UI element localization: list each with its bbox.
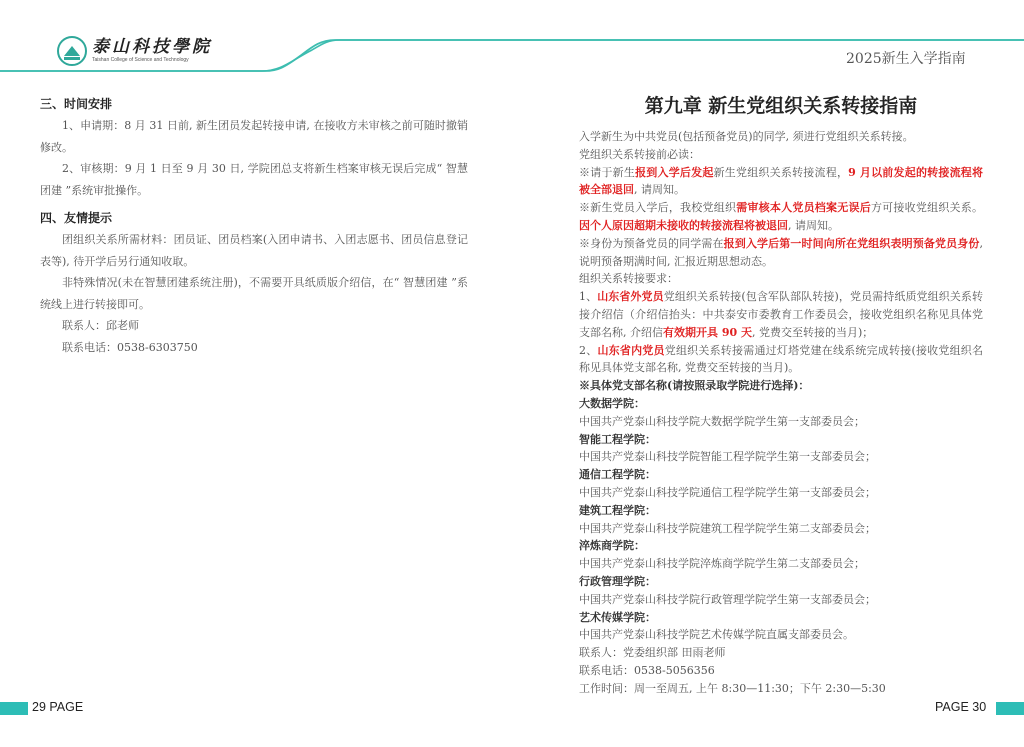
body-text: , 请周知。 — [788, 219, 839, 232]
paragraph-special-cases: 非特殊情况(未在智慧团建系统注册)，不需要开具纸质版介绍信，在“ 智慧团建 ”系… — [40, 272, 468, 315]
paragraph-review-period: 2、审核期：9 月 1 日至 9 月 30 日, 学院团总支将新生档案审核无误后… — [40, 158, 468, 201]
intro-paragraph: 入学新生为中共党员(包括预备党员)的同学, 须进行党组织关系转接。 — [579, 128, 983, 146]
college-emblem-icon — [57, 36, 87, 66]
footer-accent-bar-right — [996, 702, 1024, 715]
body-text: ※新生党员入学后，我校党组织 — [579, 201, 736, 214]
highlighted-text: 山东省外党员 — [597, 290, 664, 303]
left-page-content: 三、时间安排 1、申请期：8 月 31 日前, 新生团员发起转接申请, 在接收方… — [40, 93, 468, 358]
highlighted-text: 报到入学后发起 — [635, 166, 714, 179]
footer-accent-bar-left — [0, 702, 28, 715]
chapter-title: 第九章 新生党组织关系转接指南 — [579, 92, 983, 120]
section-title-tips: 四、友情提示 — [40, 207, 468, 229]
branch-name: 中国共产党泰山科技学院大数据学院学生第一支部委员会； — [579, 413, 983, 431]
page-header: 泰山科技學院 Taishan College of Science and Te… — [0, 0, 1024, 90]
branch-name: 中国共产党泰山科技学院艺术传媒学院直属支部委员会。 — [579, 626, 983, 644]
college-name: 大数据学院： — [579, 395, 983, 413]
right-page-content: 第九章 新生党组织关系转接指南 入学新生为中共党员(包括预备党员)的同学, 须进… — [579, 92, 983, 698]
note-paragraph: ※身份为预备党员的同学需在报到入学后第一时间向所在党组织表明预备党员身份, 说明… — [579, 235, 983, 271]
branch-heading: ※具体党支部名称(请按照录取学院进行选择)： — [579, 377, 983, 395]
highlighted-text: 需审核本人党员档案无误后 — [736, 201, 871, 214]
college-logo: 泰山科技學院 Taishan College of Science and Te… — [57, 36, 212, 66]
paragraph-materials: 团组织关系所需材料：团员证、团员档案(入团申请书、入团志愿书、团员信息登记表等)… — [40, 229, 468, 272]
body-text: 1、 — [579, 290, 597, 303]
branch-name: 中国共产党泰山科技学院淬炼商学院学生第二支部委员会； — [579, 555, 983, 573]
highlighted-text: 因个人原因超期未接收的转接流程将被退回 — [579, 219, 788, 232]
paragraph-application-period: 1、申请期：8 月 31 日前, 新生团员发起转接申请, 在接收方未审核之前可随… — [40, 115, 468, 158]
body-text: ※身份为预备党员的同学需在 — [579, 237, 724, 250]
contact-phone: 联系电话：0538-6303750 — [40, 337, 468, 359]
page-number-right: PAGE 30 — [935, 700, 986, 714]
highlighted-text: 报到入学后第一时间向所在党组织表明预备党员身份 — [724, 237, 980, 250]
branch-name: 中国共产党泰山科技学院行政管理学院学生第一支部委员会； — [579, 591, 983, 609]
body-text: , 请周知。 — [634, 183, 685, 196]
highlighted-text: 山东省内党员 — [597, 344, 664, 357]
requirements-heading: 组织关系转接要求： — [579, 270, 983, 288]
page-number-left: 29 PAGE — [32, 700, 83, 714]
requirement-paragraph: 2、山东省内党员党组织关系转接需通过灯塔党建在线系统完成转接(接收党组织名称见具… — [579, 342, 983, 378]
contact-person: 联系人：邱老师 — [40, 315, 468, 337]
note-paragraph: ※新生党员入学后，我校党组织需审核本人党员档案无误后方可接收党组织关系。因个人原… — [579, 199, 983, 235]
body-text: 新生党组织关系转接流程， — [714, 166, 849, 179]
branch-name: 中国共产党泰山科技学院建筑工程学院学生第二支部委员会； — [579, 520, 983, 538]
college-name: 艺术传媒学院： — [579, 609, 983, 627]
party-contact-phone: 联系电话：0538-5056356 — [579, 662, 983, 680]
body-text: , 党费交至转接的当月)； — [752, 326, 873, 339]
body-text: ※请于新生 — [579, 166, 635, 179]
body-text: 方可接收党组织关系。 — [871, 201, 983, 214]
party-contact-person: 联系人：党委组织部 田雨老师 — [579, 644, 983, 662]
college-name: 通信工程学院： — [579, 466, 983, 484]
guide-title: 2025新生入学指南 — [846, 48, 966, 68]
logo-chinese-name: 泰山科技學院 — [92, 38, 212, 57]
must-read-heading: 党组织关系转接前必读： — [579, 146, 983, 164]
body-text: 2、 — [579, 344, 597, 357]
logo-english-name: Taishan College of Science and Technolog… — [92, 57, 212, 64]
branch-list: 大数据学院： 中国共产党泰山科技学院大数据学院学生第一支部委员会； 智能工程学院… — [579, 395, 983, 644]
college-name: 建筑工程学院： — [579, 502, 983, 520]
college-name: 淬炼商学院： — [579, 537, 983, 555]
highlighted-text: 有效期开具 90 天 — [663, 326, 752, 339]
note-paragraph: ※请于新生报到入学后发起新生党组织关系转接流程，9 月以前发起的转接流程将被全部… — [579, 164, 983, 200]
branch-name: 中国共产党泰山科技学院通信工程学院学生第一支部委员会； — [579, 484, 983, 502]
section-title-schedule: 三、时间安排 — [40, 93, 468, 115]
work-hours: 工作时间：周一至周五, 上午 8:30—11:30；下午 2:30—5:30 — [579, 680, 983, 698]
requirement-paragraph: 1、山东省外党员党组织关系转接(包含军队部队转接)，党员需持纸质党组织关系转接介… — [579, 288, 983, 341]
college-name: 智能工程学院： — [579, 431, 983, 449]
branch-name: 中国共产党泰山科技学院智能工程学院学生第一支部委员会； — [579, 448, 983, 466]
college-name: 行政管理学院： — [579, 573, 983, 591]
